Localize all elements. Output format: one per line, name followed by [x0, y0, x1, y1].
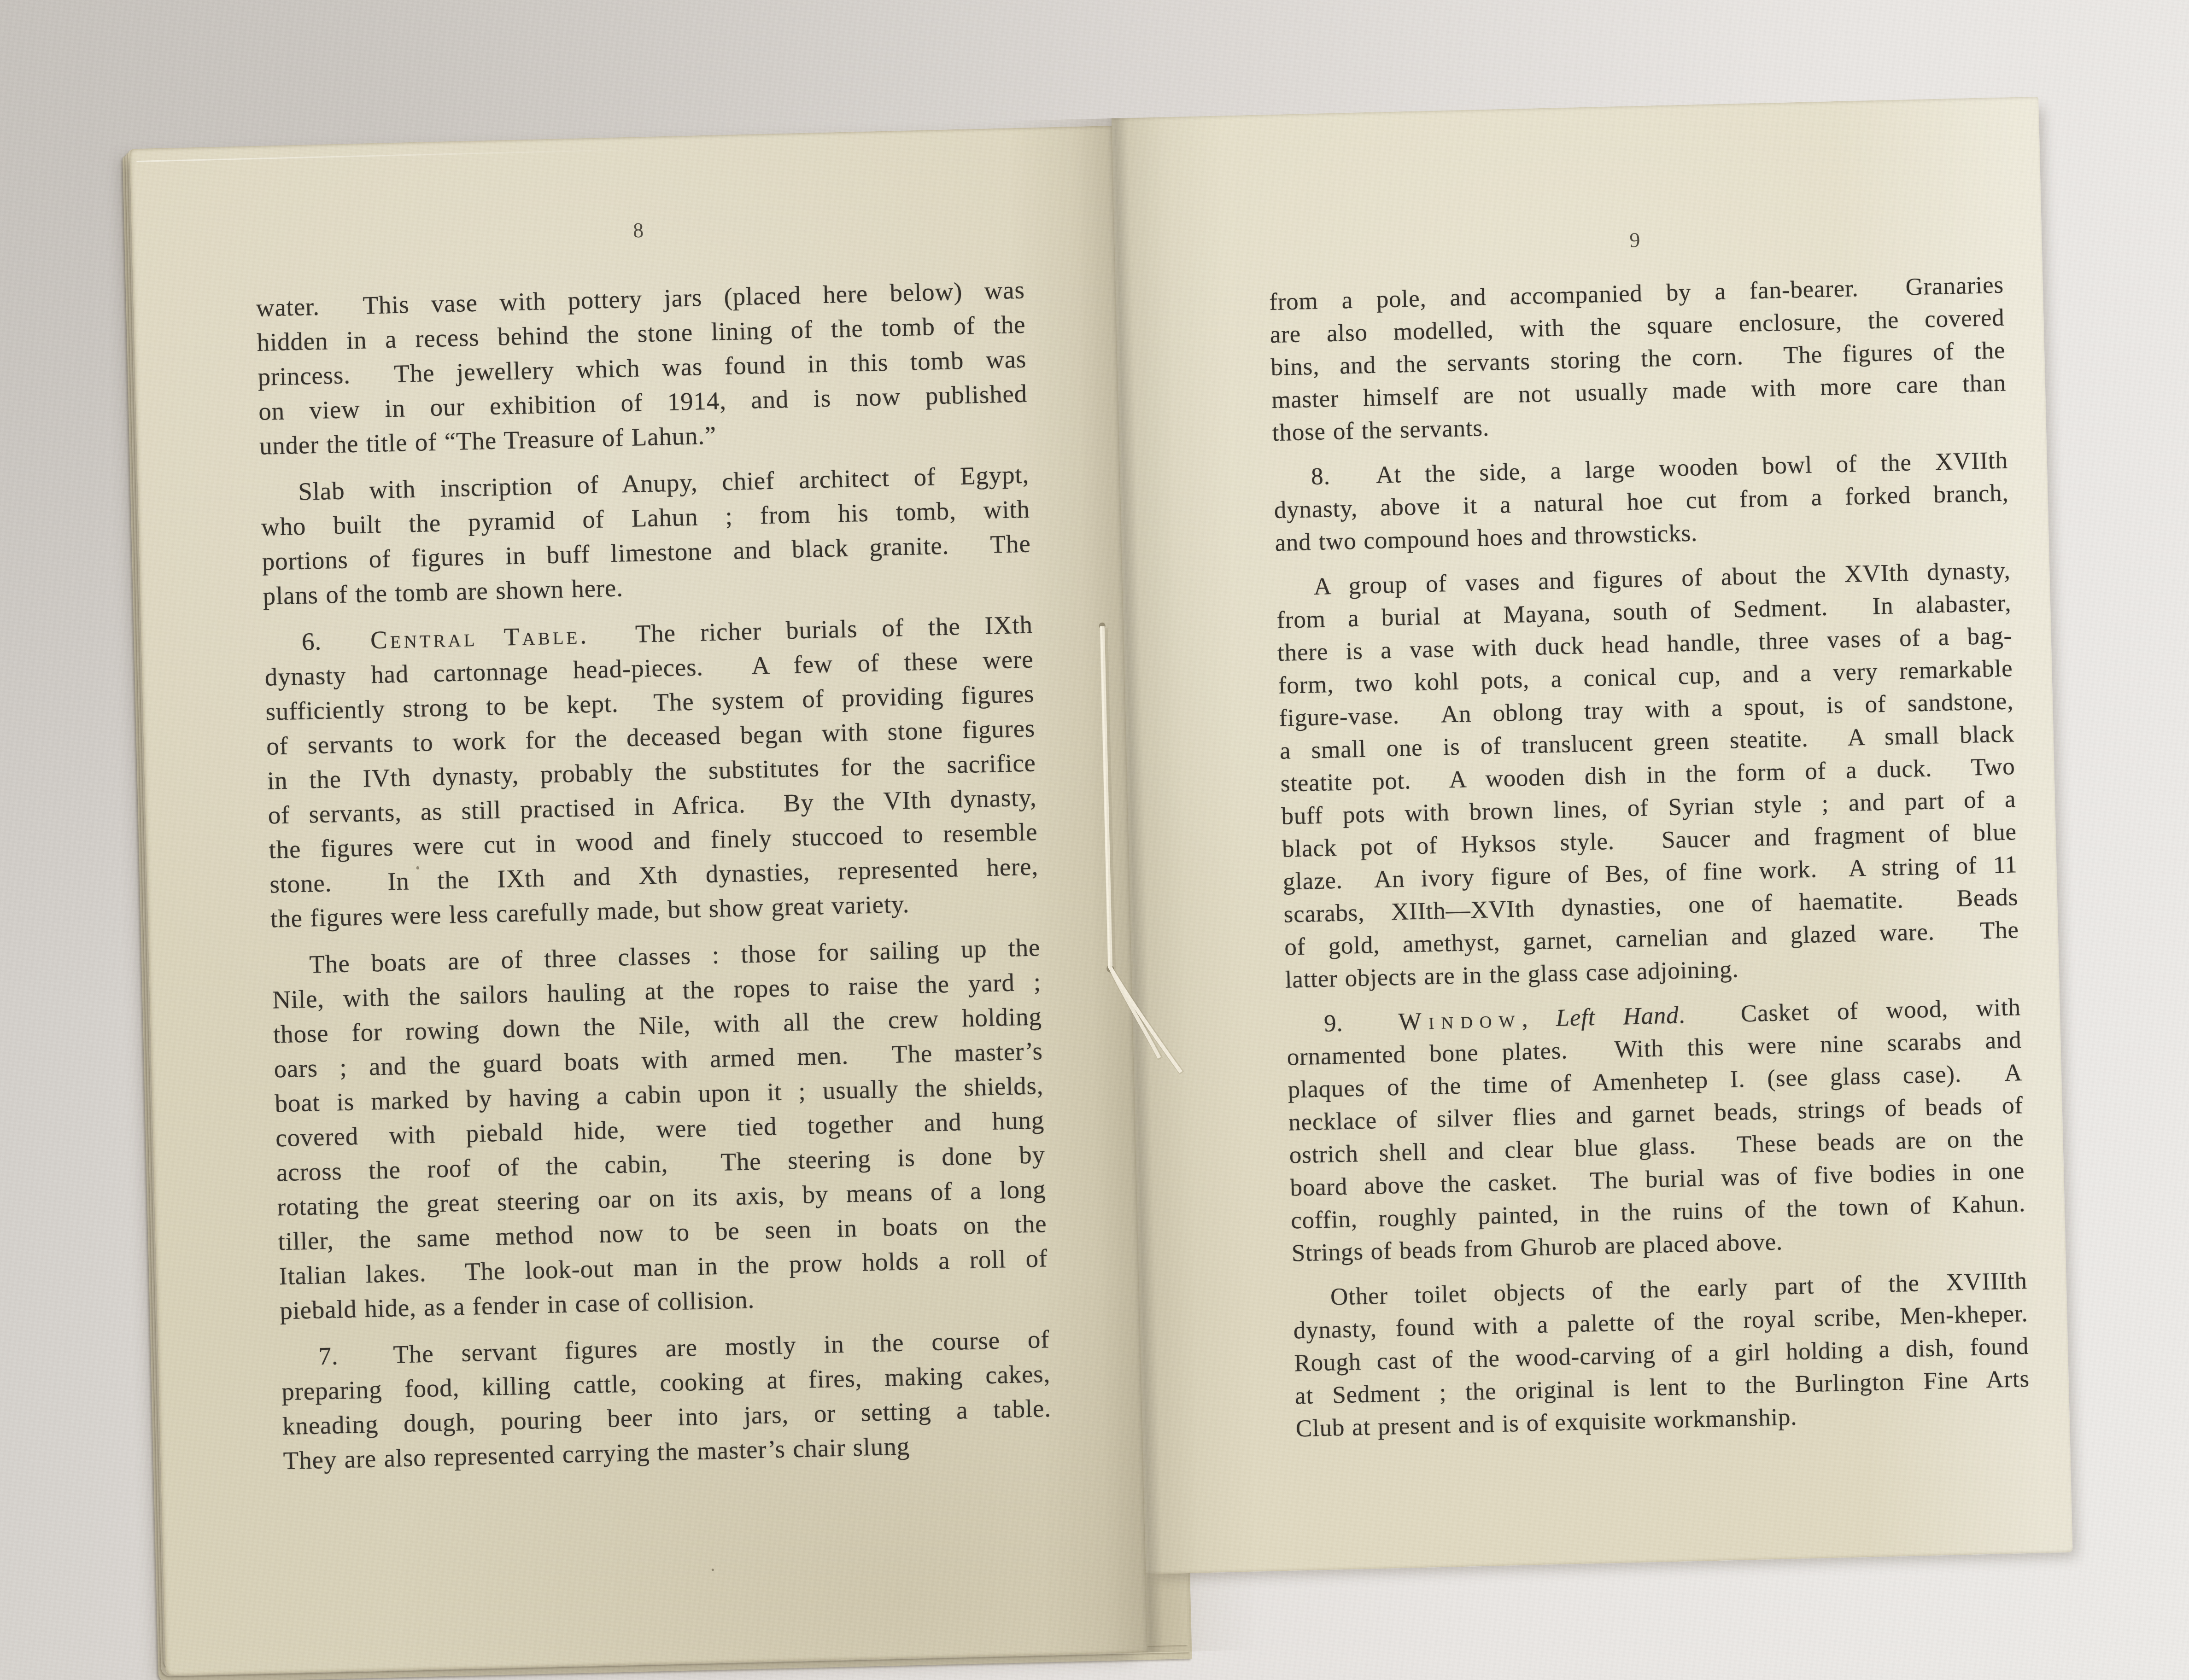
text-segment: Window — [1398, 1006, 1522, 1035]
text-segment: , — [1522, 1005, 1557, 1032]
text-segment: plans of the tomb are shown here. — [263, 573, 623, 610]
text-segment: Left Hand — [1556, 1002, 1679, 1032]
text-segment: 6. — [301, 626, 370, 655]
photo-backdrop: 8 9 water. This vase with pottery jars (… — [0, 0, 2189, 1680]
dust-speck — [1410, 1020, 1412, 1023]
page-8-text: water. This vase with pottery jars (plac… — [256, 273, 1052, 1478]
dust-speck — [712, 1569, 714, 1571]
text-segment: and two compound hoes and throwsticks. — [1275, 519, 1698, 556]
text-segment: piebald hide, as a fender in case of col… — [280, 1285, 755, 1324]
text-segment: those of the servants. — [1272, 414, 1489, 446]
text-segment: under the title of “The Treasure of Lahu… — [259, 421, 716, 460]
page-9-text: from a pole, and accompanied by a fan-be… — [1269, 269, 2031, 1446]
dust-speck — [416, 866, 419, 869]
booklet: 8 9 water. This vase with pottery jars (… — [129, 97, 2074, 1676]
text-segment: . Casket of wood, with — [1679, 994, 2021, 1028]
text-segment: Central Table — [370, 621, 580, 654]
text-segment: 9. — [1323, 1009, 1399, 1037]
